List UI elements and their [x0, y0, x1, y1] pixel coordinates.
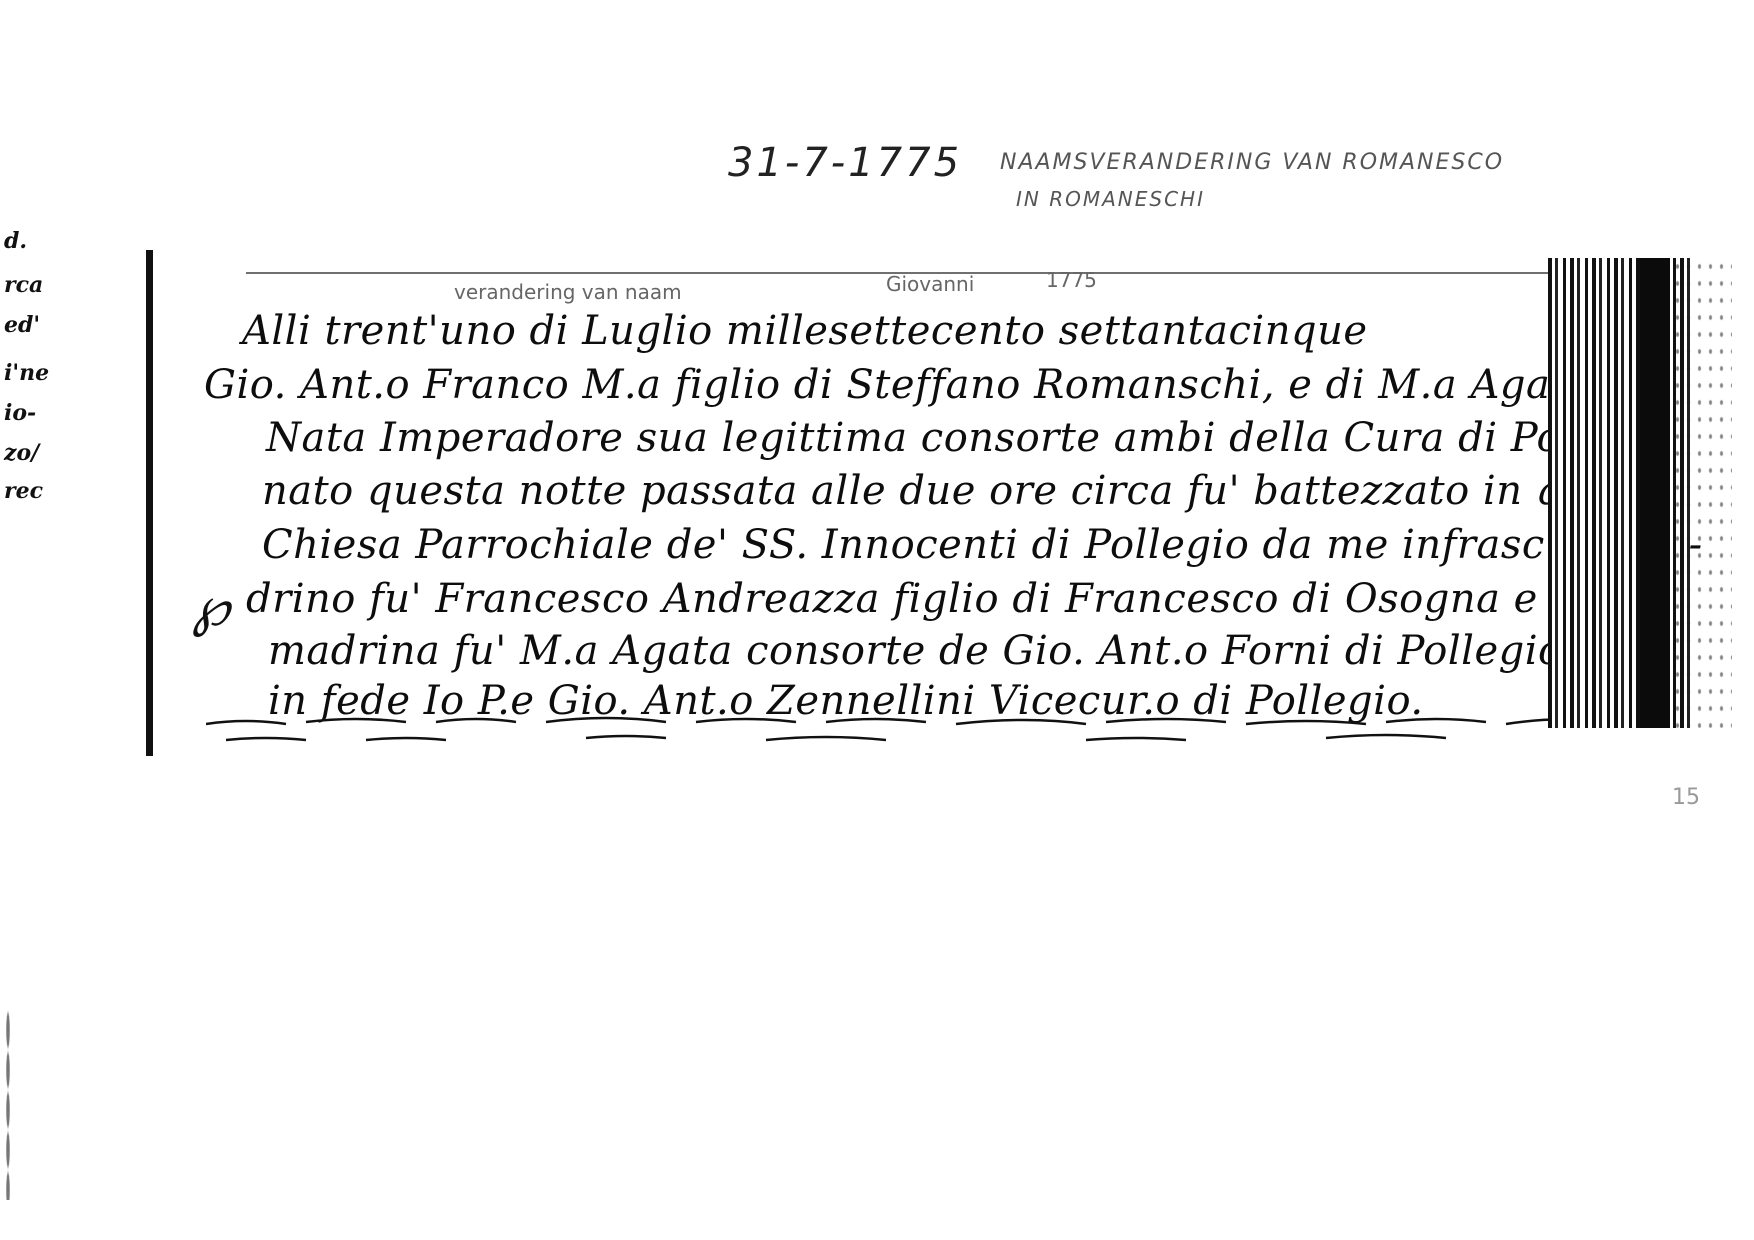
record-line-6: drino fu' Francesco Andreazza figlio di … — [246, 576, 1589, 622]
record-line-5: Chiesa Parrochiale de' SS. Innocenti di … — [262, 522, 1703, 568]
margin-fragment: rec — [4, 478, 43, 504]
annotation-name-change-target: IN ROMANESCHI — [1016, 187, 1205, 211]
margin-fragment: io- — [4, 400, 36, 426]
margin-fragment: i'ne — [4, 360, 49, 386]
record-left-rule — [146, 250, 153, 756]
baptism-record: verandering van naam Giovanni 1775 Alli … — [146, 250, 1540, 756]
record-line-4: nato questa notte passata alle due ore c… — [262, 468, 1674, 514]
godparent-margin-mark: ℘ — [192, 575, 230, 638]
record-line-7: madrina fu' M.a Agata consorte de Gio. A… — [268, 628, 1639, 674]
margin-fragment: rca — [4, 272, 43, 298]
record-line-3: Nata Imperadore sua legittima consorte a… — [266, 415, 1676, 461]
scan-edge-marks — [6, 1010, 10, 1200]
binding-dark-band — [1640, 258, 1670, 728]
record-line-1: Alli trent'uno di Luglio millesettecento… — [242, 308, 1368, 354]
annotation-name-change: NAAMSVERANDERING VAN ROMANESCO — [1000, 150, 1504, 175]
pencil-note-name-change: verandering van naam — [454, 280, 682, 304]
margin-fragment: zo/ — [4, 440, 39, 466]
record-end-flourish — [206, 710, 1666, 750]
pencil-note-year: 1775 — [1046, 268, 1097, 292]
pencil-note-given-name: Giovanni — [886, 272, 974, 296]
annotation-date: 31-7-1775 — [728, 140, 962, 186]
margin-fragment: d. — [4, 228, 27, 254]
page-number: 15 — [1672, 785, 1700, 810]
binding-speckle — [1672, 258, 1732, 728]
margin-fragment: ed' — [4, 312, 40, 338]
record-line-2: Gio. Ant.o Franco M.a figlio di Steffano… — [204, 362, 1591, 408]
